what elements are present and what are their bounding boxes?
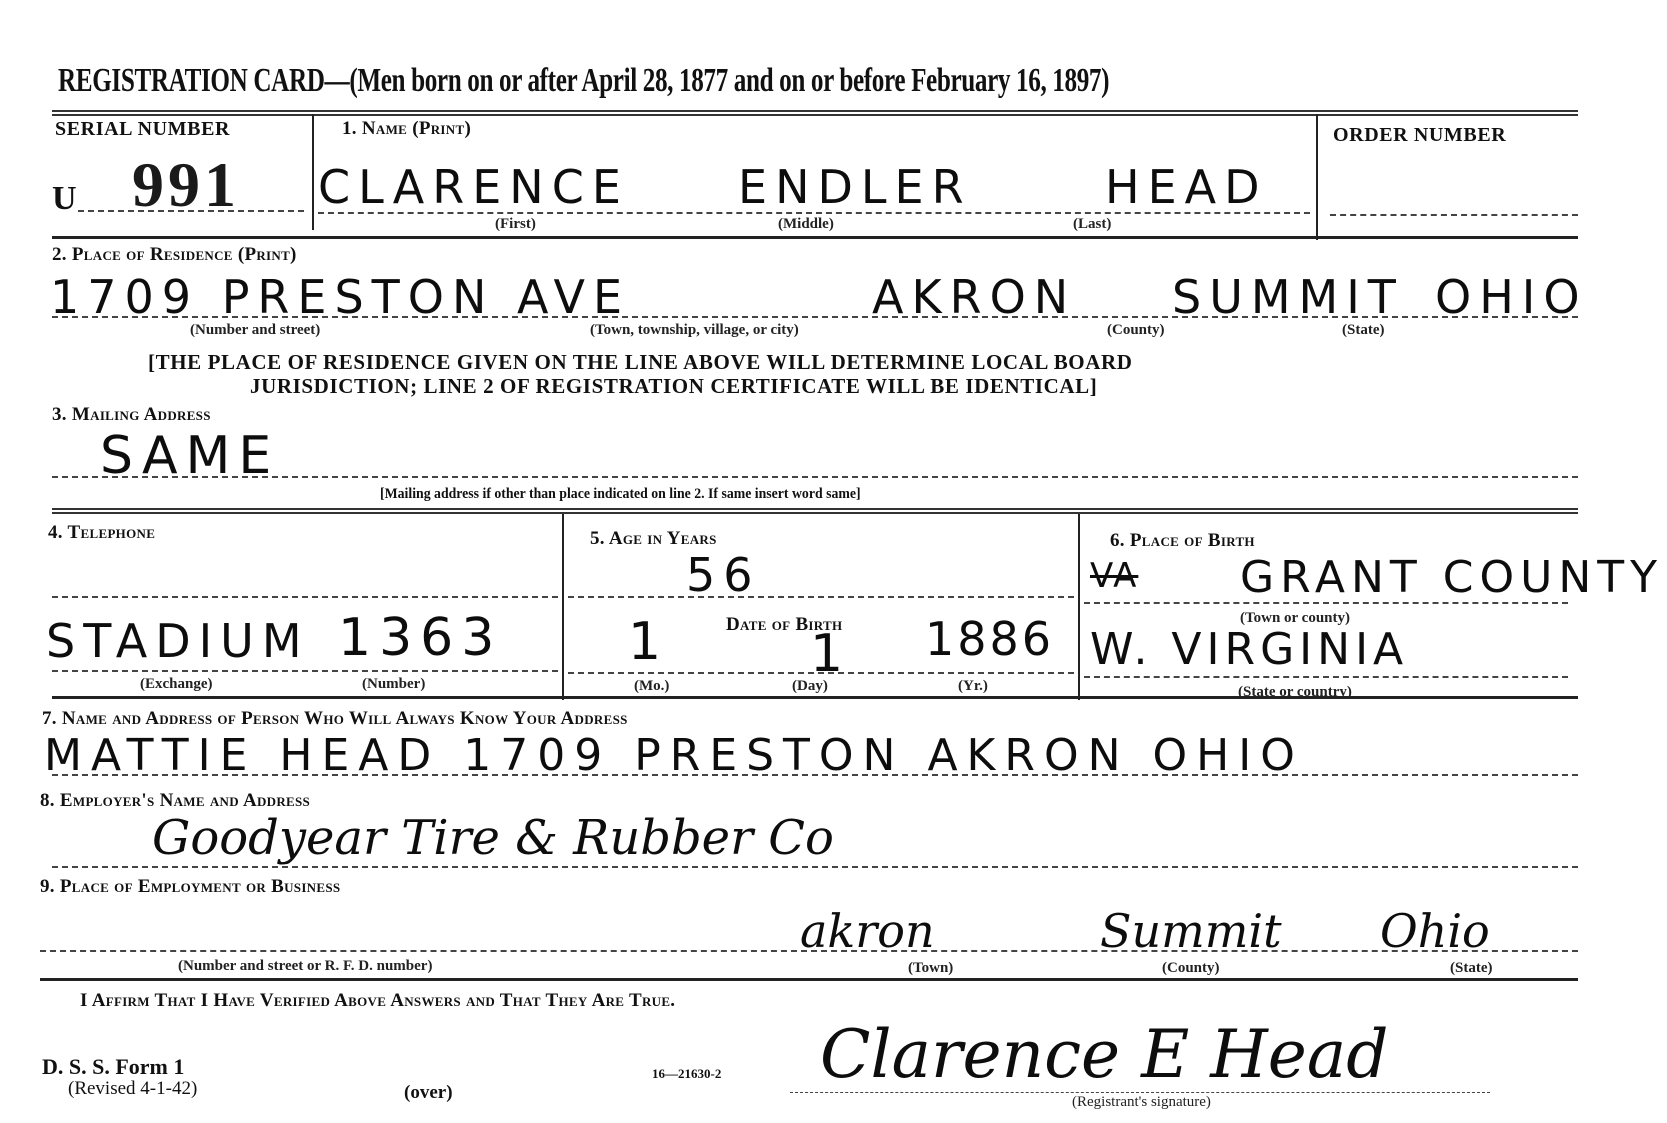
birth-year: 1886 (925, 612, 1054, 666)
residence-county-caption: (County) (1107, 322, 1165, 339)
employment-town-caption: (Town) (908, 960, 953, 977)
mailing-address-note: [Mailing address if other than place ind… (380, 486, 861, 503)
card-title: REGISTRATION CARD—(Men born on or after … (58, 62, 1109, 100)
row3-rule (52, 508, 1578, 514)
serial-prefix: U (52, 180, 77, 218)
age-line (568, 596, 1074, 598)
telephone-divider (562, 514, 564, 700)
residence-street-caption: (Number and street) (190, 322, 320, 339)
serial-divider (312, 114, 314, 230)
name-middle-caption: (Middle) (778, 216, 834, 233)
employer-value: Goodyear Tire & Rubber Co (152, 810, 834, 866)
telephone-number: 1363 (338, 608, 502, 668)
age-value: 56 (686, 548, 761, 602)
employment-county-caption: (County) (1162, 960, 1220, 977)
order-divider (1316, 114, 1318, 240)
form-revision: (Revised 4-1-42) (68, 1078, 197, 1100)
birth-place-town: GRANT COUNTY (1240, 552, 1663, 603)
birth-town-line (1084, 602, 1568, 604)
telephone-line-2 (52, 670, 558, 672)
birth-place-label: 6. Place of Birth (1110, 530, 1255, 552)
birth-place-state: W. VIRGINIA (1090, 624, 1408, 675)
row6-rule (52, 696, 1578, 699)
order-number-label: ORDER NUMBER (1333, 124, 1506, 147)
residence-town-caption: (Town, township, village, or city) (590, 322, 799, 339)
birth-year-caption: (Yr.) (958, 678, 988, 695)
name-last: HEAD (1105, 160, 1268, 214)
telephone-label: 4. Telephone (48, 522, 155, 544)
row1-rule (52, 236, 1578, 239)
employment-state-caption: (State) (1450, 960, 1492, 977)
employment-line (40, 950, 1578, 952)
mailing-address-label: 3. Mailing Address (52, 404, 211, 426)
registrant-signature: Clarence E Head (820, 1016, 1388, 1093)
residence-label: 2. Place of Residence (Print) (52, 244, 297, 266)
birth-day: 1 (810, 624, 851, 684)
name-first: CLARENCE (318, 160, 629, 214)
residence-notice-line2: JURISDICTION; LINE 2 OF REGISTRATION CER… (250, 374, 1097, 399)
serial-line (78, 210, 304, 212)
birth-date-line (568, 672, 1074, 674)
name-last-caption: (Last) (1073, 216, 1111, 233)
name-middle: ENDLER (738, 160, 972, 214)
form-number: D. S. S. Form 1 (42, 1054, 184, 1080)
row9-rule (40, 978, 1578, 981)
signature-line (790, 1092, 1490, 1093)
top-rule (52, 110, 1578, 116)
signature-caption: (Registrant's signature) (1072, 1094, 1211, 1111)
birth-day-caption: (Day) (792, 678, 828, 695)
birth-month-caption: (Mo.) (634, 678, 669, 695)
residence-state-caption: (State) (1342, 322, 1384, 339)
mailing-line (52, 476, 1578, 478)
print-code: 16—21630-2 (652, 1066, 721, 1082)
employer-line (52, 866, 1578, 868)
serial-number-label: SERIAL NUMBER (55, 118, 230, 141)
over-note: (over) (404, 1082, 453, 1104)
telephone-exchange-caption: (Exchange) (140, 676, 213, 693)
birth-place-struck: VA (1090, 556, 1138, 596)
contact-line (52, 774, 1578, 776)
telephone-line-1 (52, 596, 558, 598)
residence-line (52, 316, 1578, 318)
name-label: 1. Name (Print) (342, 118, 471, 140)
employment-street-caption: (Number and street or R. F. D. number) (178, 958, 432, 975)
affirmation-text: I Affirm That I Have Verified Above Answ… (80, 990, 675, 1012)
birth-month: 1 (628, 612, 669, 672)
telephone-number-caption: (Number) (362, 676, 425, 693)
age-label: 5. Age in Years (590, 528, 717, 550)
name-first-caption: (First) (495, 216, 536, 233)
employment-place-label: 9. Place of Employment or Business (40, 876, 340, 898)
telephone-exchange: STADIUM (46, 614, 310, 668)
employer-label: 8. Employer's Name and Address (40, 790, 310, 812)
name-line (318, 212, 1310, 214)
age-divider (1078, 514, 1080, 700)
order-number-line (1330, 214, 1578, 216)
birth-state-line (1084, 676, 1568, 678)
residence-notice-line1: [THE PLACE OF RESIDENCE GIVEN ON THE LIN… (148, 350, 1133, 375)
contact-label: 7. Name and Address of Person Who Will A… (42, 708, 628, 730)
